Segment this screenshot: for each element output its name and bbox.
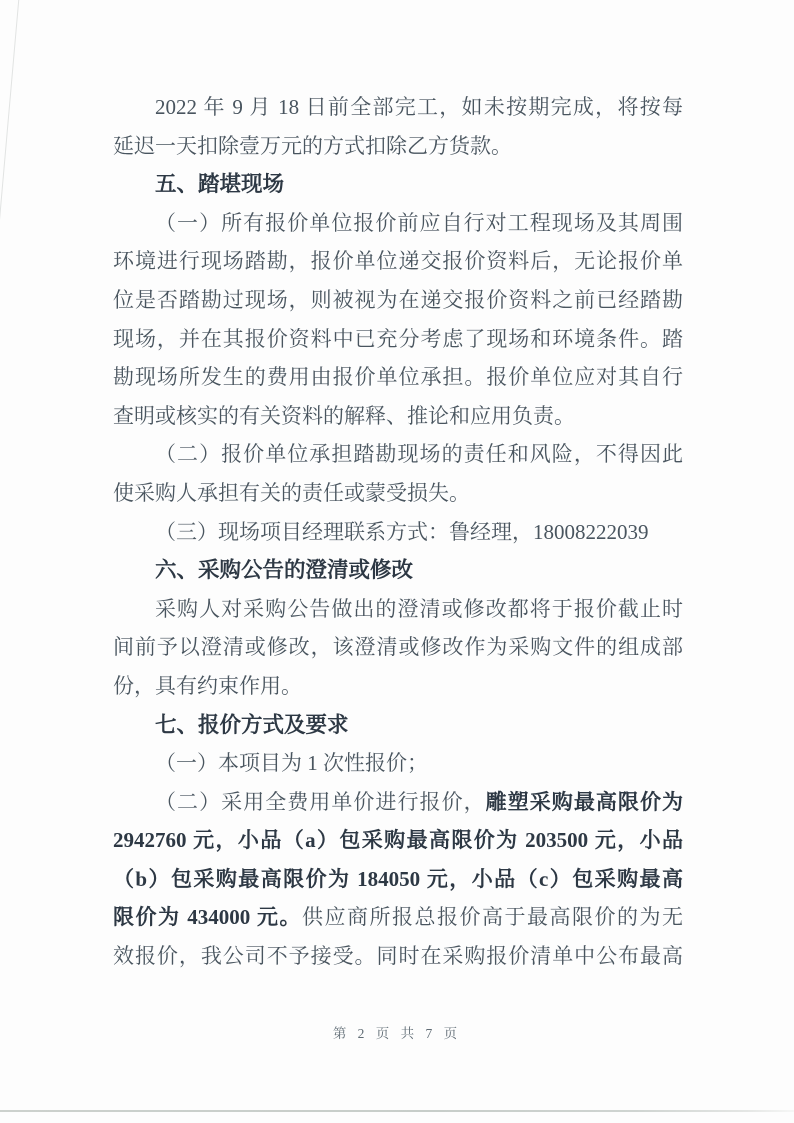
paragraph-line: 勘现场所发生的费用由报价单位承担。报价单位应对其自行 [113, 358, 683, 397]
paragraph-line: 现场，并在其报价资料中已充分考虑了现场和环境条件。踏 [113, 320, 683, 359]
paragraph-line: 位是否踏勘过现场，则被视为在递交报价资料之前已经踏勘 [113, 281, 683, 320]
paragraph-line: 限价为 434000 元。供应商所报总报价高于最高限价的为无 [113, 898, 683, 937]
paragraph-line: 延迟一天扣除壹万元的方式扣除乙方货款。 [113, 127, 683, 166]
section-heading-7: 七、报价方式及要求 [113, 706, 683, 745]
paragraph-line: （二）采用全费用单价进行报价，雕塑采购最高限价为 [113, 783, 683, 822]
contact-line: （三）现场项目经理联系方式：鲁经理，18008222039 [113, 513, 683, 552]
section-heading-5: 五、踏堪现场 [113, 165, 683, 204]
paragraph-line: 使采购人承担有关的责任或蒙受损失。 [113, 474, 683, 513]
paragraph-text: 供应商所报总报价高于最高限价的为无 [302, 905, 683, 929]
paragraph-line: （一）本项目为 1 次性报价； [113, 744, 683, 783]
paragraph-line: 效报价，我公司不予接受。同时在采购报价清单中公布最高 [113, 937, 683, 976]
paragraph-line: 查明或核实的有关资料的解释、推论和应用负责。 [113, 397, 683, 436]
section-heading-6: 六、采购公告的澄清或修改 [113, 551, 683, 590]
paragraph-line: 环境进行现场踏勘，报价单位递交报价资料后，无论报价单 [113, 242, 683, 281]
document-body: 2022 年 9 月 18 日前全部完工，如未按期完成，将按每 延迟一天扣除壹万… [113, 88, 683, 976]
bold-price-line: （b）包采购最高限价为 184050 元，小品（c）包采购最高 [113, 860, 683, 899]
paragraph-line: （二）报价单位承担踏勘现场的责任和风险，不得因此 [113, 435, 683, 474]
scan-artifact-bottom-line [0, 1110, 794, 1112]
scan-artifact-corner-line [0, 0, 21, 299]
paragraph-text: （二）采用全费用单价进行报价， [155, 790, 486, 814]
paragraph-line: 份，具有约束作用。 [113, 667, 683, 706]
document-page: 2022 年 9 月 18 日前全部完工，如未按期完成，将按每 延迟一天扣除壹万… [0, 0, 794, 1123]
page-number-footer: 第 2 页 共 7 页 [0, 1022, 794, 1042]
paragraph-line: （一）所有报价单位报价前应自行对工程现场及其周围 [113, 204, 683, 243]
bold-price-text: 雕塑采购最高限价为 [486, 790, 683, 814]
paragraph-line: 采购人对采购公告做出的澄清或修改都将于报价截止时 [113, 590, 683, 629]
bold-price-line: 2942760 元，小品（a）包采购最高限价为 203500 元，小品 [113, 821, 683, 860]
paragraph-line: 间前予以澄清或修改，该澄清或修改作为采购文件的组成部 [113, 628, 683, 667]
bold-price-text: 限价为 434000 元。 [113, 905, 302, 929]
paragraph-line: 2022 年 9 月 18 日前全部完工，如未按期完成，将按每 [113, 88, 683, 127]
